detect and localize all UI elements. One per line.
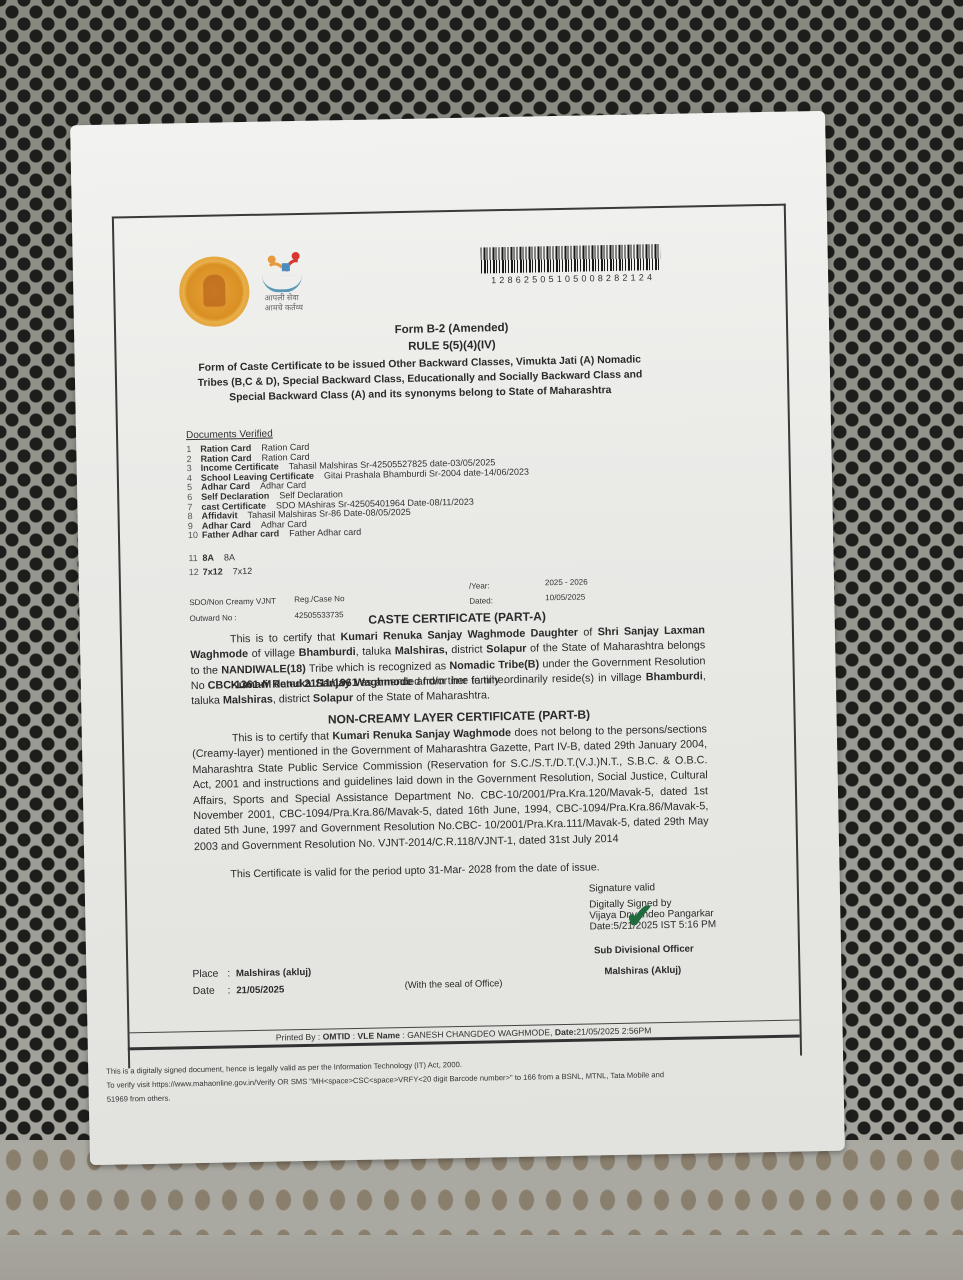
certificate-paper: आपली सेवाआमचे कर्तव्य 128625051050082821… [70,111,845,1165]
officer-designation: Sub Divisional Officer [594,944,694,957]
document-detail: Father Adhar card [289,527,361,538]
seal-note: (With the seal of Office) [405,977,503,990]
validity-statement: This Certificate is valid for the period… [230,861,599,880]
document-number: 12 [189,565,203,579]
year-value: 2025 - 2026 [545,577,588,587]
metal-surface [0,1235,963,1280]
vle-label: VLE Name [357,1030,400,1041]
date-label: Date [193,983,225,1001]
printed-date: 21/05/2025 2:56PM [576,1025,651,1036]
aaple-sarkar-logo-icon: आपली सेवाआमचे कर्तव्य [258,251,309,322]
part-b-paragraph: This is to certify that Kumari Renuka Sa… [192,722,709,855]
printed-by-label: Printed By : [276,1032,321,1043]
place-value: Malshiras (aklu​j) [236,967,311,979]
barcode [481,244,661,273]
date-value: 21/05/2025 [236,984,284,996]
dated-value: 10/05/2025 [545,593,585,603]
documents-verified-heading: Documents Verified [186,429,273,442]
maharashtra-seal-icon [179,256,250,327]
document-detail: 7x12 [233,566,253,576]
document-name: 7x12 [203,566,223,576]
footer-notes: This is a digitally signed document, hen… [106,1051,807,1106]
place-date-block: Place : Malshiras (aklu​j) Date : 21/05/… [192,964,311,1000]
printed-date-label: Date: [555,1027,577,1037]
document-number: 11 [188,551,202,565]
document-name: 8A [202,553,214,563]
office-label: SDO/Non Creamy VJNT [189,596,276,607]
year-label: /Year: [469,581,490,590]
signature-status: Signature valid [589,881,716,894]
dated-label: Dated: [469,596,493,605]
document-number: 10 [188,531,202,541]
logo-text-line2: आमचे कर्तव्य [265,303,304,314]
form-description: Form of Caste Certificate to be issued O… [185,352,656,406]
barcode-number: 12862505105008282124 [491,272,655,285]
officer-office: Malshiras (Akluj) [604,965,681,977]
printed-by-bar: Printed By : OMTID : VLE Name : GANESH C… [128,1020,800,1051]
place-label: Place [192,966,224,984]
omtid: OMTID [323,1031,351,1042]
documents-verified-list: 1Ration CardRation Card2Ration CardRatio… [186,439,531,579]
signature-valid-check-icon: ✔ [625,896,654,937]
reg-case-label: Reg./Case No [294,594,344,604]
document-detail: 8A [224,552,235,562]
vle-name: GANESH CHANGDEO WAGHMODE, [407,1027,552,1040]
document-name: Father Adhar card [202,529,279,540]
